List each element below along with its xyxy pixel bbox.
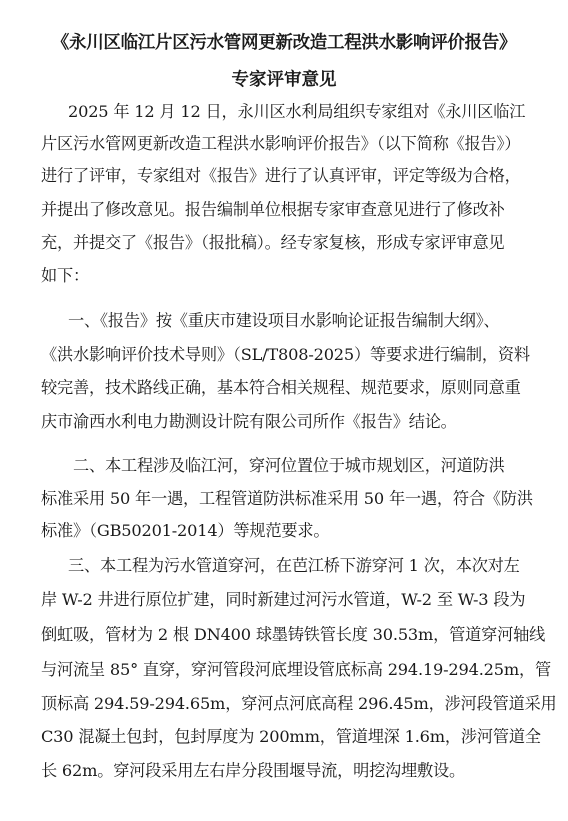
text-line: 进行了评审，专家组对《报告》进行了认真评审，评定等级为合格， [41,165,486,187]
text-line: 并提出了修改意见。报告编制单位根据专家审查意见进行了修改补 [41,199,486,221]
text-line: 2025 年 12 月 12 日，永川区水利局组织专家组对《永川区临江 [68,101,486,123]
text-line: 与河流呈 85° 直穿，穿河管段河底埋设管底标高 294.19-294.25m，… [41,659,486,681]
text-line: 标准》（GB50201-2014）等规范要求。 [41,520,486,542]
text-line: 充，并提交了《报告》（报批稿）。经专家复核，形成专家评审意见 [41,232,486,254]
text-line: 如下： [41,265,486,287]
text-line: 倒虹吸，管材为 2 根 DN400 球墨铸铁管长度 30.53m，管道穿河轴线 [41,624,486,646]
document-title: 《永川区临江片区污水管网更新改造工程洪水影响评价报告》 [0,30,568,56]
text-line: 三、本工程为污水管道穿河，在芭江桥下游穿河 1 次，本次对左 [68,555,486,577]
text-line: 顶标高 294.59-294.65m，穿河点河底高程 296.45m，涉河段管道… [41,693,486,715]
text-line: 二、本工程涉及临江河，穿河位置位于城市规划区，河道防洪 [73,455,486,477]
text-line: 岸 W-2 井进行原位扩建，同时新建过河污水管道，W-2 至 W-3 段为 [41,589,486,611]
text-line: 《洪水影响评价技术导则》（SL/T808-2025）等要求进行编制，资料 [41,344,486,366]
text-line: 标准采用 50 年一遇，工程管道防洪标准采用 50 年一遇，符合《防洪 [41,488,486,510]
text-line: 庆市渝西水利电力勘测设计院有限公司所作《报告》结论。 [41,411,486,433]
text-line: 片区污水管网更新改造工程洪水影响评价报告》（以下简称《报告》） [41,133,486,155]
document-subtitle: 专家评审意见 [0,67,568,93]
text-line: 长 62m。穿河段采用左右岸分段围堰导流，明挖沟埋敷设。 [41,760,486,782]
document-page: 《永川区临江片区污水管网更新改造工程洪水影响评价报告》 专家评审意见 2025 … [0,0,568,821]
text-line: 一、《报告》按《重庆市建设项目水影响论证报告编制大纲》、 [68,310,486,332]
text-line: 较完善，技术路线正确，基本符合相关规程、规范要求，原则同意重 [41,377,486,399]
text-line: C30 混凝土包封，包封厚度为 200mm，管道埋深 1.6m，涉河管道全 [41,726,486,748]
